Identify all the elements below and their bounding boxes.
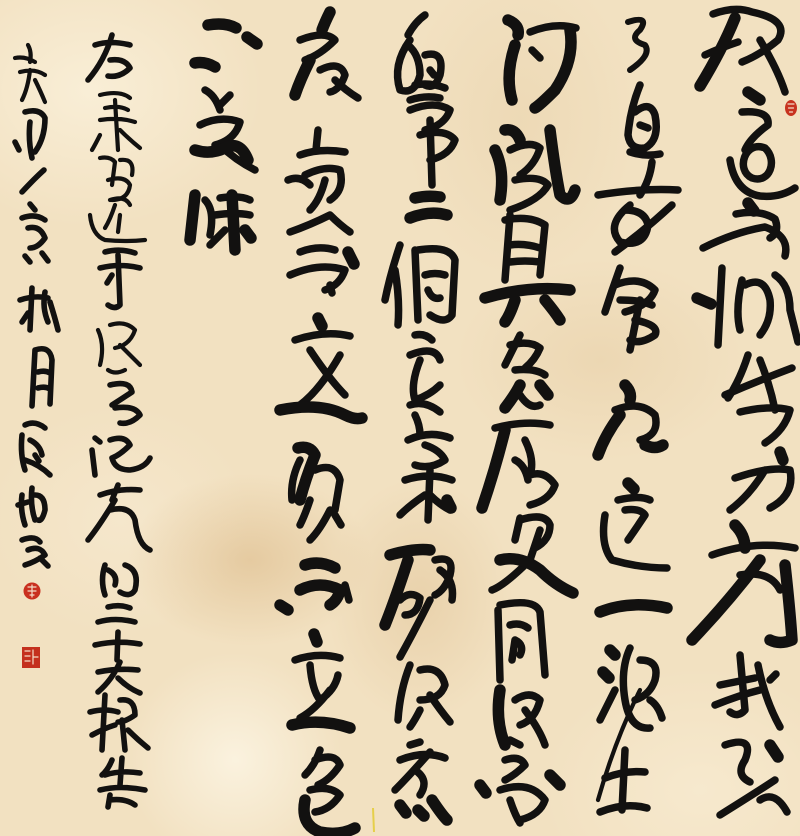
calligraphy-artwork: 经过不懈努力党找到 了自我革命这一跳出 治乱兴衰历史周期率 的第二个答案确保党 … (0, 0, 800, 836)
colophon-source-note: 右录习近平总书记党的二十大报告 (85, 30, 150, 810)
main-text-column-3: 治乱兴衰历史周期率 (478, 15, 578, 825)
paper-fleck (373, 808, 374, 832)
colophon-date: 岁次壬寅秋月 (12, 38, 60, 413)
main-text-column-2: 了自我革命这一跳出 (595, 15, 680, 820)
main-text-column-5: 永远不变质不变色 (277, 8, 365, 836)
main-text-column-6: 不变味 (187, 15, 259, 255)
main-text-column-1: 经过不懈努力党找到 (695, 0, 800, 820)
main-text-column-4: 的第二个答案确保党 (383, 10, 458, 825)
colophon-signature: 良坤书 (15, 415, 55, 570)
seal-square (22, 647, 40, 668)
seal-round (24, 583, 41, 600)
